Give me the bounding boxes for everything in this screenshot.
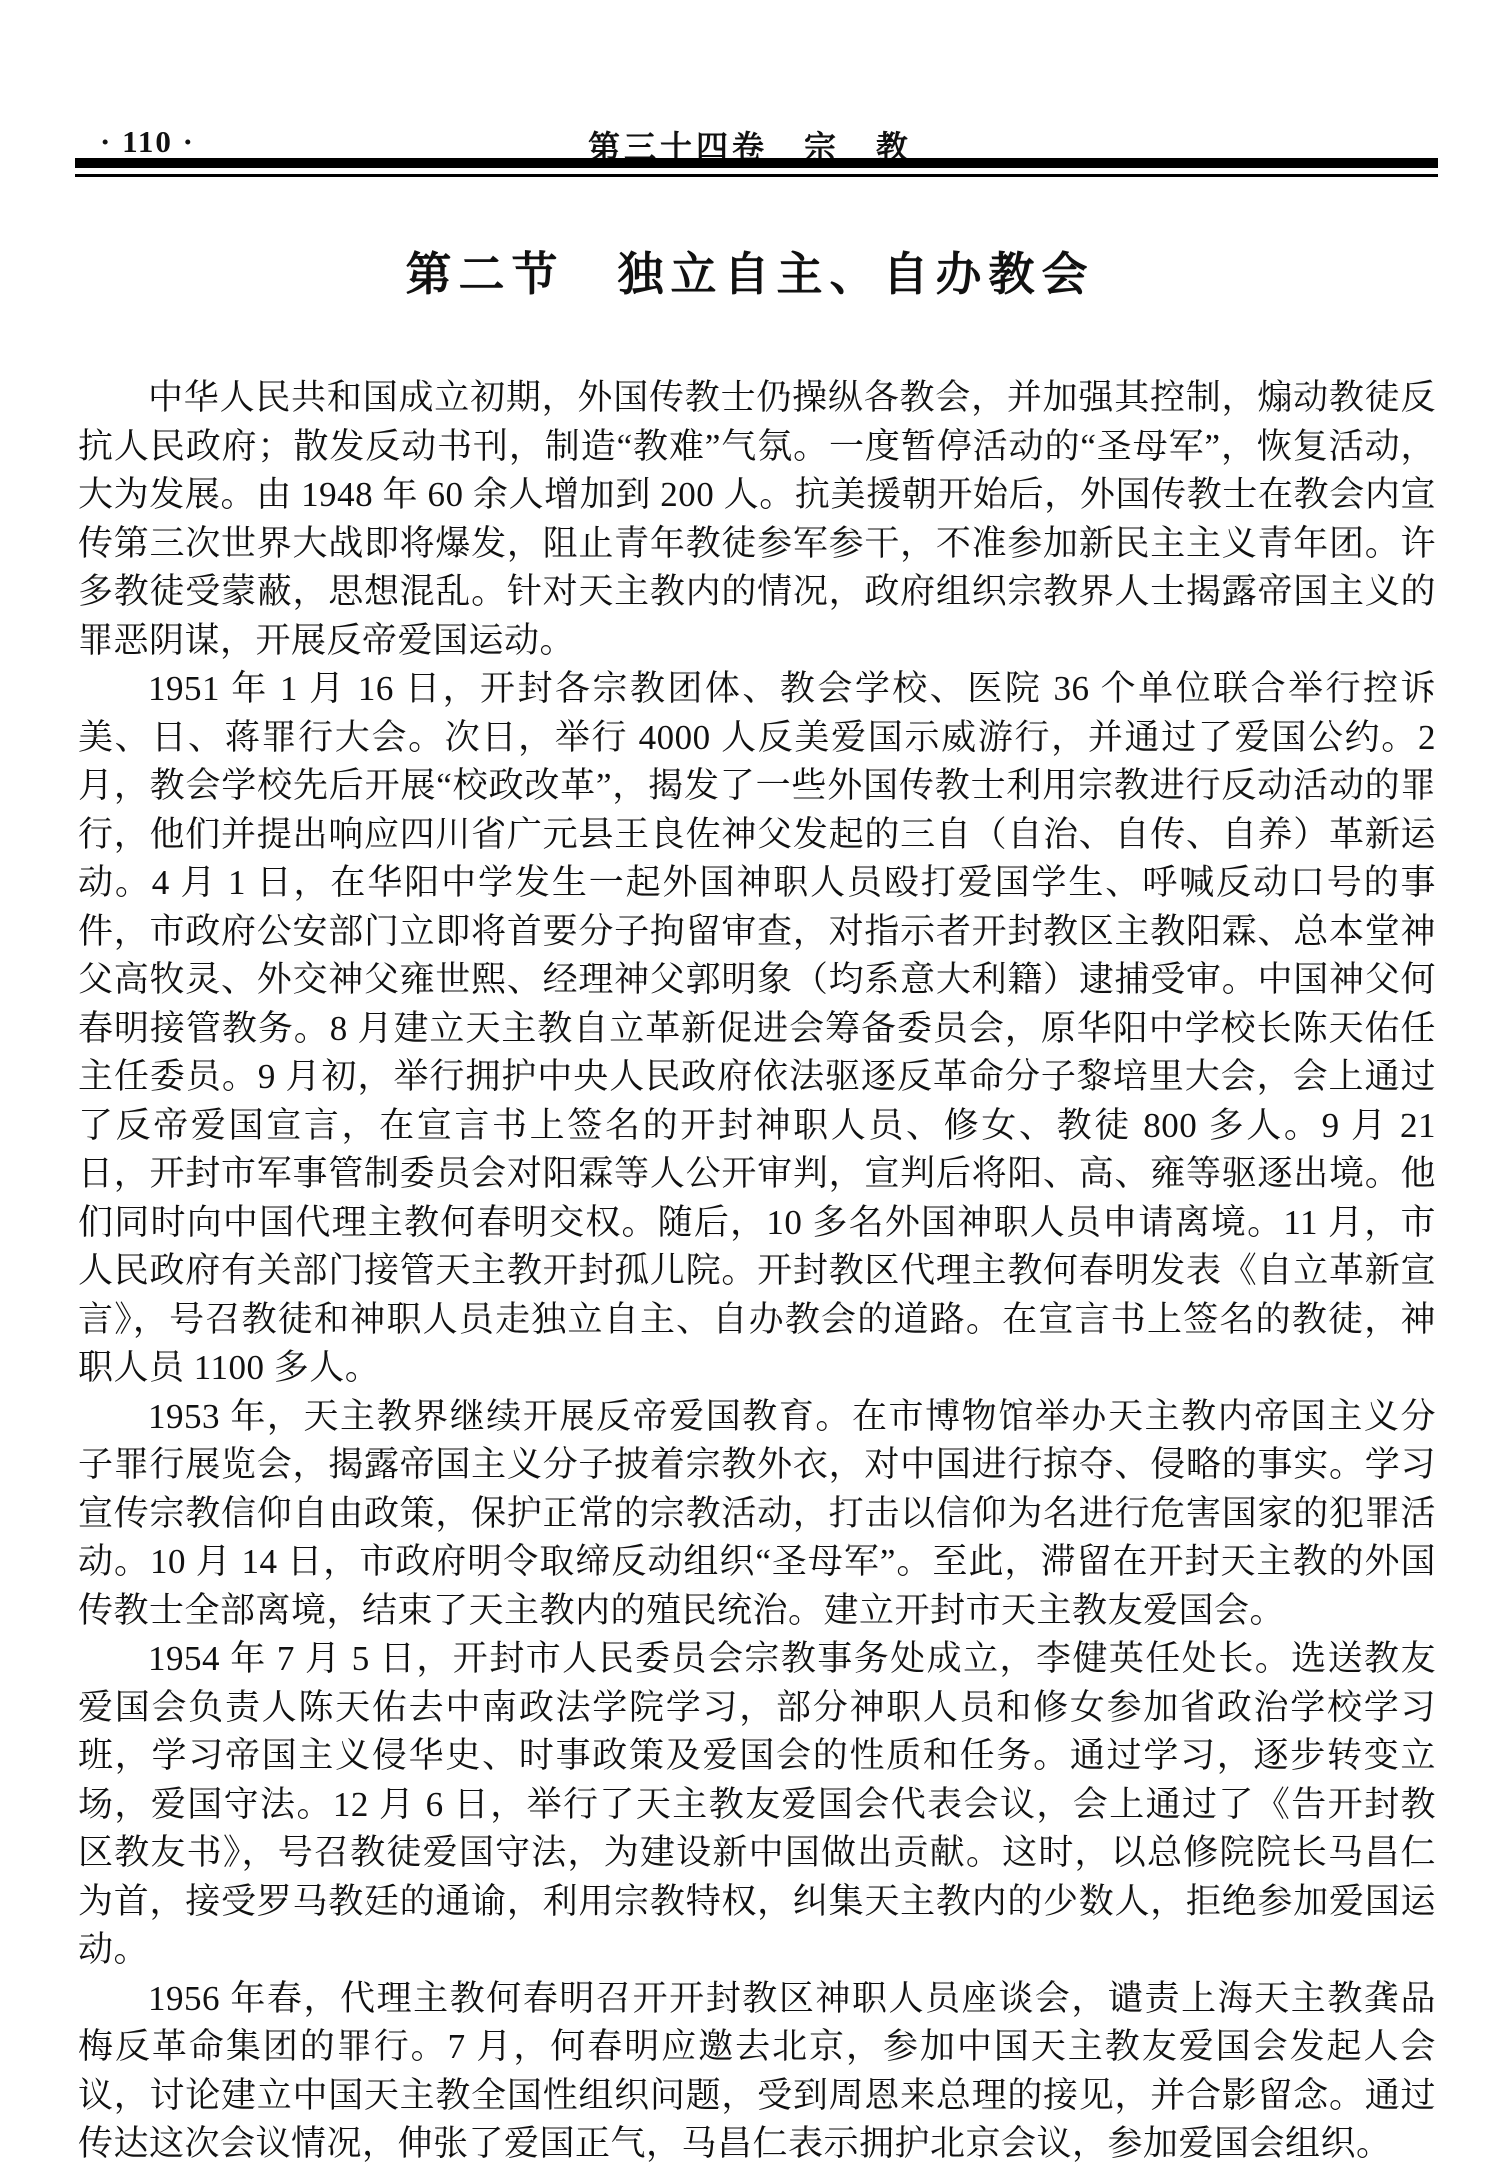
header-rule-thin — [75, 174, 1438, 177]
section-title: 第二节 独立自主、自办教会 — [0, 238, 1500, 304]
body-paragraph-5: 1956 年春，代理主教何春明召开开封教区神职人员座谈会，谴责上海天主教龚品梅反… — [78, 1975, 1436, 2162]
body-paragraph-3: 1953 年，天主教界继续开展反帝爱国教育。在市博物馆举办天主教内帝国主义分子罪… — [78, 1393, 1436, 1636]
body-paragraph-2: 1951 年 1 月 16 日，开封各宗教团体、教会学校、医院 36 个单位联合… — [78, 665, 1436, 1393]
book-page: · 110 · 第三十四卷 宗 教 第二节 独立自主、自办教会 中华人民共和国成… — [0, 0, 1500, 2162]
body-text: 中华人民共和国成立初期，外国传教士仍操纵各教会，并加强其控制，煽动教徒反抗人民政… — [78, 374, 1436, 2162]
body-paragraph-1: 中华人民共和国成立初期，外国传教士仍操纵各教会，并加强其控制，煽动教徒反抗人民政… — [78, 374, 1436, 665]
body-paragraph-4: 1954 年 7 月 5 日，开封市人民委员会宗教事务处成立，李健英任处长。选送… — [78, 1635, 1436, 1975]
header-rule-thick — [75, 158, 1438, 168]
